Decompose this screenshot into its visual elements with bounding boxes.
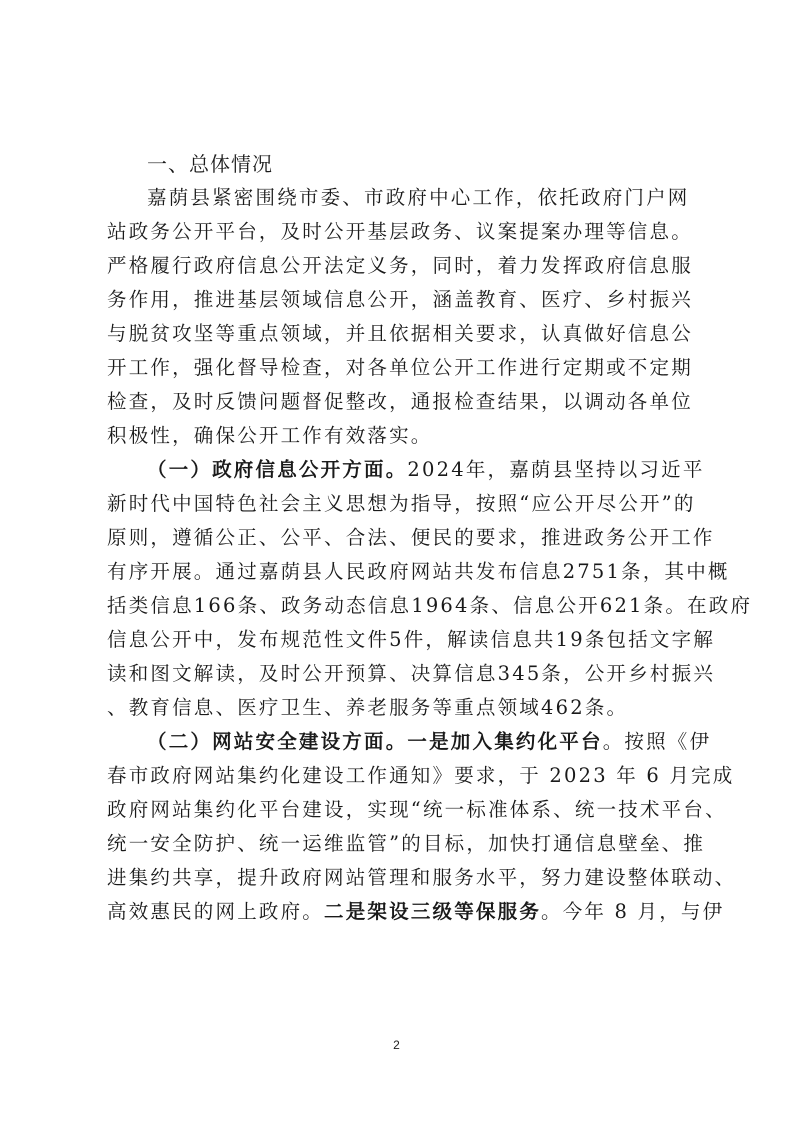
subheading-gov-info: （一）政府信息公开方面。 — [147, 458, 407, 481]
text-line: 统一安全防护、统一运维监管”的目标，加快打通信息壁垒、推 — [107, 827, 691, 861]
text-line: 信息公开中，发布规范性文件5件，解读信息共19条包括文字解 — [107, 623, 691, 657]
text-run: 。今年 8 月，与伊 — [541, 900, 724, 923]
paragraph-overview: 嘉荫县紧密围绕市委、市政府中心工作，依托政府门户网 站政务公开平台，及时公开基层… — [107, 181, 691, 453]
paragraph-website-security: （二）网站安全建设方面。一是加入集约化平台。按照《伊 春市政府网站集约化建设工作… — [107, 725, 691, 929]
text-line: 与脱贫攻坚等重点领域，并且依据相关要求，认真做好信息公 — [107, 317, 691, 351]
text-line: 嘉荫县紧密围绕市委、市政府中心工作，依托政府门户网 — [107, 181, 691, 215]
text-line: 原则，遵循公正、公平、合法、便民的要求，推进政务公开工作 — [107, 521, 691, 555]
text-run: 。按照《伊 — [603, 730, 712, 753]
text-line: 有序开展。通过嘉荫县人民政府网站共发布信息2751条，其中概 — [107, 555, 691, 589]
text-line: 高效惠民的网上政府。二是架设三级等保服务。今年 8 月，与伊 — [107, 895, 691, 929]
text-line: 开工作，强化督导检查，对各单位公开工作进行定期或不定期 — [107, 351, 691, 385]
text-line: 括类信息166条、政务动态信息1964条、信息公开621条。在政府 — [107, 589, 691, 623]
page-number: 2 — [0, 1038, 793, 1052]
text-run: 2024年，嘉荫县坚持以习近平 — [407, 458, 704, 481]
paragraph-gov-info-disclosure: （一）政府信息公开方面。2024年，嘉荫县坚持以习近平 新时代中国特色社会主义思… — [107, 453, 691, 725]
document-page: 一、总体情况 嘉荫县紧密围绕市委、市政府中心工作，依托政府门户网 站政务公开平台… — [107, 147, 691, 929]
text-line: 新时代中国特色社会主义思想为指导，按照“应公开尽公开”的 — [107, 487, 691, 521]
text-line: 、教育信息、医疗卫生、养老服务等重点领域462条。 — [107, 691, 691, 725]
text-line: 进集约共享，提升政府网站管理和服务水平，努力建设整体联动、 — [107, 861, 691, 895]
text-line: 严格履行政府信息公开法定义务，同时，着力发挥政府信息服 — [107, 249, 691, 283]
text-line: 积极性，确保公开工作有效落实。 — [107, 419, 691, 453]
text-line: 务作用，推进基层领域信息公开，涵盖教育、医疗、乡村振兴 — [107, 283, 691, 317]
text-line: 读和图文解读，及时公开预算、决算信息345条，公开乡村振兴 — [107, 657, 691, 691]
text-line: 检查，及时反馈问题督促整改，通报检查结果，以调动各单位 — [107, 385, 691, 419]
text-line: 春市政府网站集约化建设工作通知》要求，于 2023 年 6 月完成 — [107, 759, 691, 793]
text-run: 高效惠民的网上政府。 — [107, 900, 324, 923]
text-line: 政府网站集约化平台建设，实现“统一标准体系、统一技术平台、 — [107, 793, 691, 827]
text-line: （二）网站安全建设方面。一是加入集约化平台。按照《伊 — [107, 725, 691, 759]
text-line: 站政务公开平台，及时公开基层政务、议案提案办理等信息。 — [107, 215, 691, 249]
text-line: （一）政府信息公开方面。2024年，嘉荫县坚持以习近平 — [107, 453, 691, 487]
section-heading: 一、总体情况 — [107, 147, 691, 181]
subheading-website-security: （二）网站安全建设方面。一是加入集约化平台 — [147, 730, 603, 753]
bold-phrase: 二是架设三级等保服务 — [324, 900, 541, 923]
